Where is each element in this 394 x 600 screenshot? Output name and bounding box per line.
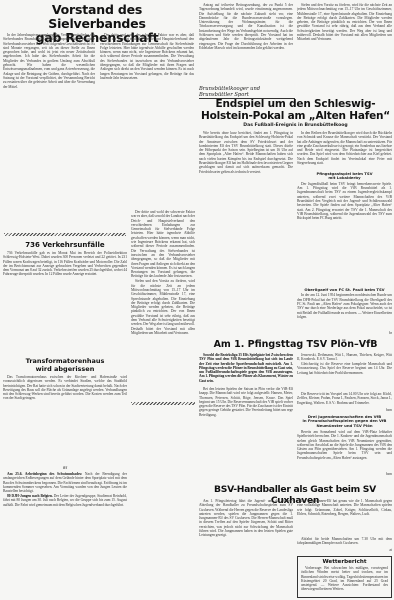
sielverband-col3: Antrag auf teilweise Beitragssenkung, de… <box>199 3 293 83</box>
ploen-headline: Am 1. Pfingsttag TSV Plön–VfB <box>199 339 392 350</box>
jugend-signature: bsm <box>297 472 392 476</box>
note-belgien: 80 DJH-Jungen nach Belgien. Der Leiter d… <box>3 494 127 507</box>
divider-mark: fff <box>3 466 127 470</box>
sielverband-continuation: Der dritte und wohl der schwerste Faktor… <box>131 210 195 400</box>
middle-divider-rule <box>131 402 195 405</box>
endspiel-subhead: Das Fußball-Ereignis in Brunsbüttelkoog <box>199 123 392 128</box>
verkehrsunfaelle-body: 736 Verkehrsunfälle gab es im Monat Mai … <box>3 251 127 323</box>
endspiel-col1: Wie bereits ohne kurz berichtet, findet … <box>199 131 293 338</box>
bsv-col2: Die Jungmannen-Elf hat genau wie die 1. … <box>297 499 392 535</box>
local-notes: Am 25.6. Arbeitsbeginn des Schwimmbades:… <box>3 472 127 597</box>
pfingstfest-article: Pfingstgastspiel beim TSV mit Lokalderby… <box>297 172 392 238</box>
stpauli-body: In der am 12. Juni 1954 beginnenden nord… <box>297 293 392 331</box>
sielverband-headline-line1: Vorstand des Sielverbandes <box>2 3 192 31</box>
ploen-lead: Sowohl die Bezirksliga 35 Elfs Spielgäst… <box>199 353 293 385</box>
wetter-body: Vorhersage: Bei schwachen bis mäßigen, v… <box>301 566 388 596</box>
verkehrsunfaelle-headline: 736 Verkehrsunfälle <box>3 241 127 249</box>
endspiel-headline-line2: Holstein-Pokal am „Alten Hafen“ <box>199 110 392 122</box>
endspiel-col2: In den Reihen der Brunsbüttelkooger wird… <box>297 131 392 169</box>
endspiel-headline: Endspiel um den Schleswig- Holstein-Poka… <box>199 98 392 122</box>
wetter-box: Wetterbericht Vorhersage: Bei schwachen … <box>297 556 392 598</box>
pfingstfest-body: Der Jugendfußball beim TSV bringt bemerk… <box>297 182 392 237</box>
ploen-col2-bottom: Die Reserve tritt im Vorspiel um 14.00 U… <box>297 392 392 408</box>
ploen-col2: Jensewski, Dethmann, Witt I., Hansen, Th… <box>297 353 392 391</box>
transformator-body: Das Transformatorenhaus zwischen der Kir… <box>3 375 127 433</box>
bsv-signature: at <box>297 548 392 552</box>
stpauli-headline: Oberligaelf von FC St. Pauli beim TSV <box>297 288 392 292</box>
note-schwimmbad: Am 25.6. Arbeitsbeginn des Schwimmbades:… <box>3 472 127 493</box>
bsv-col2-b: Abfahrt für beide Mannschaften um 7.30 U… <box>297 537 392 547</box>
divider-rule <box>4 233 126 236</box>
jugend-body: Bereits am Sonnabend wird auf dem VfB-Pl… <box>297 430 392 473</box>
sielverband-col2: Der dritte und wohl der schwerste Faktor… <box>100 33 194 209</box>
transformator-headline: Transformatorenhaus wird abgerissen <box>3 358 127 373</box>
pfingstfest-headline: Pfingstgastspiel beim TSV mit Lokalderby <box>297 172 392 181</box>
sielverband-col4: Sielen und den Vorsitz zu fördern, wird … <box>297 3 392 83</box>
ploen-col1: Bei den letzten Spielen der Saison in Pl… <box>199 387 293 477</box>
endspiel-headline-line1: Endspiel um den Schleswig- <box>199 98 392 110</box>
bsv-col1: Am 1. Pfingstfeiertag fährt die Jugend- … <box>199 499 293 597</box>
stpauli-article: Oberligaelf von FC St. Pauli beim TSV In… <box>297 288 392 338</box>
ploen-signature: bsm <box>297 408 392 412</box>
newspaper-page: Vorstand des Sielverbandes gab Rechensch… <box>0 0 394 600</box>
sielverband-col1: In der Jahreshauptversammlung der Verban… <box>3 33 95 209</box>
stpauli-signature: br <box>297 331 392 335</box>
wetter-headline: Wetterbericht <box>301 559 388 565</box>
jugend-headline: Drei Jugendmannschaften des VfB in Freun… <box>297 415 392 428</box>
